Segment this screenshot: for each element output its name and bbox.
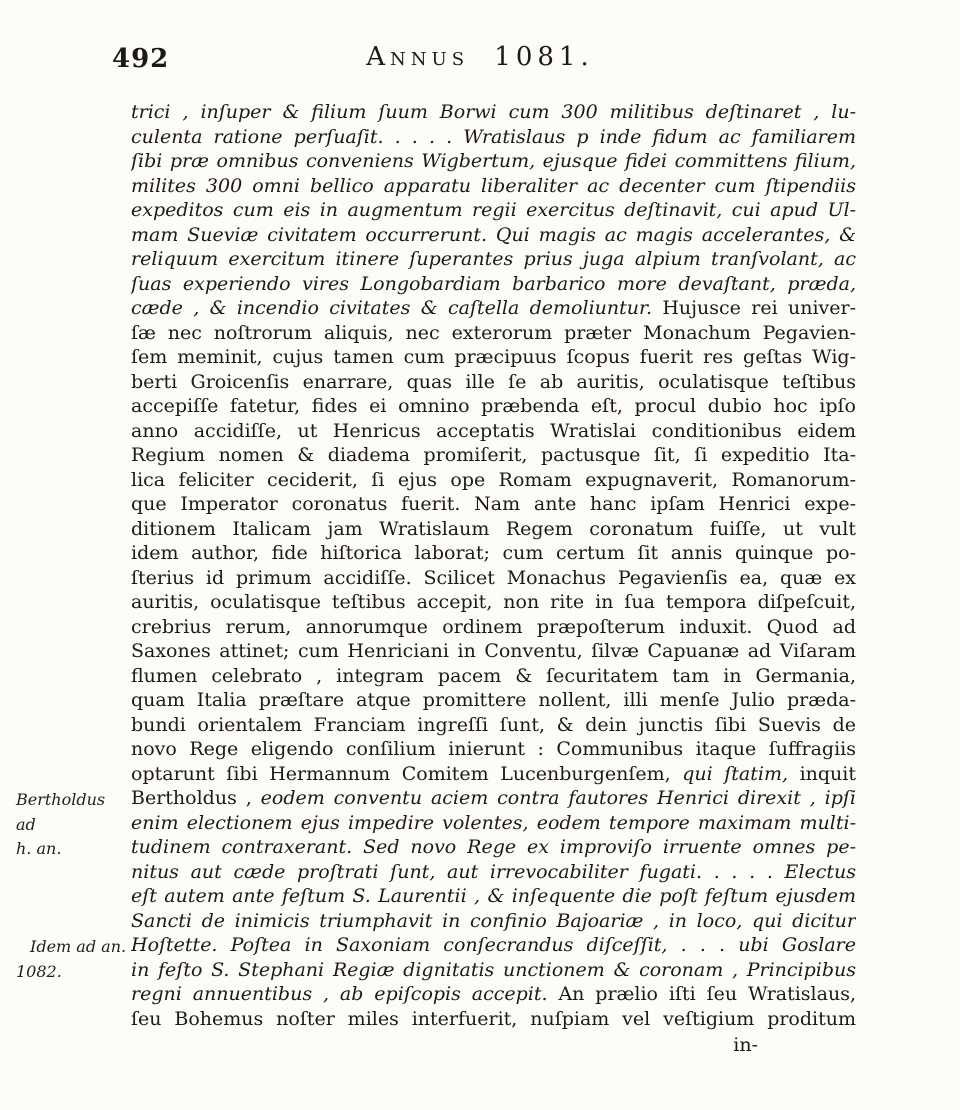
text-line: cæde , & incendio civitates & caſtella d… <box>131 296 856 321</box>
text-line: reliquum exercitum itinere ſuperantes pr… <box>131 247 856 272</box>
text-line: Sancti de inimicis triumphavit in confin… <box>131 909 856 934</box>
text-segment: bundi orientalem Franciam ingreſſi ſunt,… <box>131 714 856 736</box>
text-segment: lica feliciter ceciderit, ſi ejus ope Ro… <box>131 469 856 491</box>
body-text: trici , inſuper & filium ſuum Borwi cum … <box>131 100 856 1031</box>
text-segment: idem author, fide hiſtorica laborat; cum… <box>131 542 856 564</box>
text-line: lica feliciter ceciderit, ſi ejus ope Ro… <box>131 468 856 493</box>
text-segment: regni annuentibus , ab epiſcopis accepit… <box>131 983 548 1005</box>
text-line: tudinem contraxerant. Sed novo Rege ex i… <box>131 835 856 860</box>
text-segment: ſeu Bohemus noſter miles interfuerit, nu… <box>131 1008 856 1030</box>
text-segment: novo Rege eligendo conſilium inierunt : … <box>131 738 856 760</box>
text-line: accepiſſe fatetur, fides ei omnino præbe… <box>131 394 856 419</box>
text-segment: Hujusce rei univer- <box>652 297 856 319</box>
text-segment: qui ſtatim, <box>682 763 788 785</box>
text-segment: ſibi præ omnibus conveniens Wigbertum, e… <box>131 150 856 172</box>
text-segment: in feſto S. Stephani Regiæ dignitatis un… <box>131 959 856 981</box>
text-line: trici , inſuper & filium ſuum Borwi cum … <box>131 100 856 125</box>
text-segment: ſæ nec noſtrorum aliquis, nec exterorum … <box>131 322 856 344</box>
text-segment: ſterius id primum accidiſſe. Scilicet Mo… <box>131 567 856 589</box>
text-segment: milites 300 omni bellico apparatu libera… <box>131 175 856 197</box>
book-page: 492 Annus 1081. Bertholdus ad h. an. Ide… <box>0 0 960 1110</box>
text-line: auritis, oculatisque teſtibus accepit, n… <box>131 590 856 615</box>
text-segment: Saxones attinet; cum Henriciani in Conve… <box>131 640 856 662</box>
text-line: anno accidiſſe, ut Henricus acceptatis W… <box>131 419 856 444</box>
text-line: nitus aut cæde proſtrati ſunt, aut irrev… <box>131 860 856 885</box>
text-segment: ſem meminit, cujus tamen cum præcipuus ſ… <box>131 346 856 368</box>
text-line: novo Rege eligendo conſilium inierunt : … <box>131 737 856 762</box>
text-line: milites 300 omni bellico apparatu libera… <box>131 174 856 199</box>
text-segment: quam Italia præſtare atque promittere no… <box>131 689 856 711</box>
margin-note-line: h. an. <box>16 837 129 862</box>
text-segment: berti Groicenſis enarrare, quas ille ſe … <box>131 371 856 393</box>
text-line: Hoſtette. Poſtea in Saxoniam conſecrandu… <box>131 933 856 958</box>
catchword-row: in- <box>131 1033 856 1058</box>
text-line: ſæ nec noſtrorum aliquis, nec exterorum … <box>131 321 856 346</box>
text-segment: nitus aut cæde proſtrati ſunt, aut irrev… <box>131 861 856 883</box>
text-segment: enim electionem ejus impedire volentes, … <box>131 812 856 834</box>
text-segment: crebrius rerum, annorumque ordinem præpo… <box>131 616 856 638</box>
text-segment: Bertholdus , <box>131 787 261 809</box>
text-segment: Sancti de inimicis triumphavit in confin… <box>131 910 856 932</box>
text-segment: Hoſtette. Poſtea in Saxoniam conſecrandu… <box>131 934 856 956</box>
text-line: que Imperator coronatus fuerit. Nam ante… <box>131 492 856 517</box>
text-segment: flumen celebrato , integram pacem & ſecu… <box>131 665 856 687</box>
text-segment: tudinem contraxerant. Sed novo Rege ex i… <box>131 836 856 858</box>
text-segment: eodem conventu aciem contra fautores Hen… <box>261 787 856 809</box>
text-segment: trici , inſuper & filium ſuum Borwi cum … <box>131 101 856 123</box>
text-line: Bertholdus , eodem conventu aciem contra… <box>131 786 856 811</box>
text-line: ſuas experiendo vires Longobardiam barba… <box>131 272 856 297</box>
text-segment: auritis, oculatisque teſtibus accepit, n… <box>131 591 856 613</box>
text-line: regni annuentibus , ab epiſcopis accepit… <box>131 982 856 1007</box>
text-line: ditionem Italicam jam Wratislaum Regem c… <box>131 517 856 542</box>
text-line: Saxones attinet; cum Henriciani in Conve… <box>131 639 856 664</box>
text-segment: anno accidiſſe, ut Henricus acceptatis W… <box>131 420 856 442</box>
text-line: idem author, fide hiſtorica laborat; cum… <box>131 541 856 566</box>
text-line: expeditos cum eis in augmentum regii exe… <box>131 198 856 223</box>
text-segment: reliquum exercitum itinere ſuperantes pr… <box>131 248 856 270</box>
text-segment: mam Sueviæ civitatem occurrerunt. Qui ma… <box>131 224 856 246</box>
text-line: mam Sueviæ civitatem occurrerunt. Qui ma… <box>131 223 856 248</box>
text-segment: expeditos cum eis in augmentum regii exe… <box>131 199 856 221</box>
text-line: berti Groicenſis enarrare, quas ille ſe … <box>131 370 856 395</box>
margin-note-line: 1082. <box>16 960 129 985</box>
text-line: optarunt ſibi Hermannum Comitem Lucenbur… <box>131 762 856 787</box>
text-segment: cæde , & incendio civitates & caſtella d… <box>131 297 652 319</box>
text-line: crebrius rerum, annorumque ordinem præpo… <box>131 615 856 640</box>
text-line: ſem meminit, cujus tamen cum præcipuus ſ… <box>131 345 856 370</box>
text-line: Regium nomen & diadema promiſerit, pactu… <box>131 443 856 468</box>
text-segment: accepiſſe fatetur, fides ei omnino præbe… <box>131 395 856 417</box>
margin-note-bertholdus: Bertholdus ad h. an. <box>16 788 129 862</box>
text-line: in feſto S. Stephani Regiæ dignitatis un… <box>131 958 856 983</box>
text-segment: An prælio iſti ſeu Wratislaus, <box>548 983 856 1005</box>
margin-note-idem: Idem ad an. 1082. <box>16 935 129 984</box>
catchword: in- <box>733 1033 758 1058</box>
text-segment: culenta ratione perſuaſit. . . . . Wrati… <box>131 126 856 148</box>
text-line: quam Italia præſtare atque promittere no… <box>131 688 856 713</box>
text-segment: ditionem Italicam jam Wratislaum Regem c… <box>131 518 856 540</box>
text-line: enim electionem ejus impedire volentes, … <box>131 811 856 836</box>
running-title: Annus 1081. <box>0 42 960 72</box>
text-line: bundi orientalem Franciam ingreſſi ſunt,… <box>131 713 856 738</box>
text-segment: que Imperator coronatus fuerit. Nam ante… <box>131 493 856 515</box>
text-segment: ſuas experiendo vires Longobardiam barba… <box>131 273 856 295</box>
text-line: ſterius id primum accidiſſe. Scilicet Mo… <box>131 566 856 591</box>
text-segment: inquit <box>788 763 856 785</box>
text-segment: Regium nomen & diadema promiſerit, pactu… <box>131 444 856 466</box>
margin-note-line: Idem ad an. <box>16 935 129 960</box>
text-line: eſt autem ante feſtum S. Laurentii , & i… <box>131 884 856 909</box>
text-line: ſibi præ omnibus conveniens Wigbertum, e… <box>131 149 856 174</box>
text-segment: optarunt ſibi Hermannum Comitem Lucenbur… <box>131 763 682 785</box>
margin-note-line: Bertholdus ad <box>16 788 129 837</box>
page-header: 492 Annus 1081. <box>0 42 960 76</box>
text-segment: eſt autem ante feſtum S. Laurentii , & i… <box>131 885 856 907</box>
text-line: flumen celebrato , integram pacem & ſecu… <box>131 664 856 689</box>
text-line: ſeu Bohemus noſter miles interfuerit, nu… <box>131 1007 856 1032</box>
text-line: culenta ratione perſuaſit. . . . . Wrati… <box>131 125 856 150</box>
